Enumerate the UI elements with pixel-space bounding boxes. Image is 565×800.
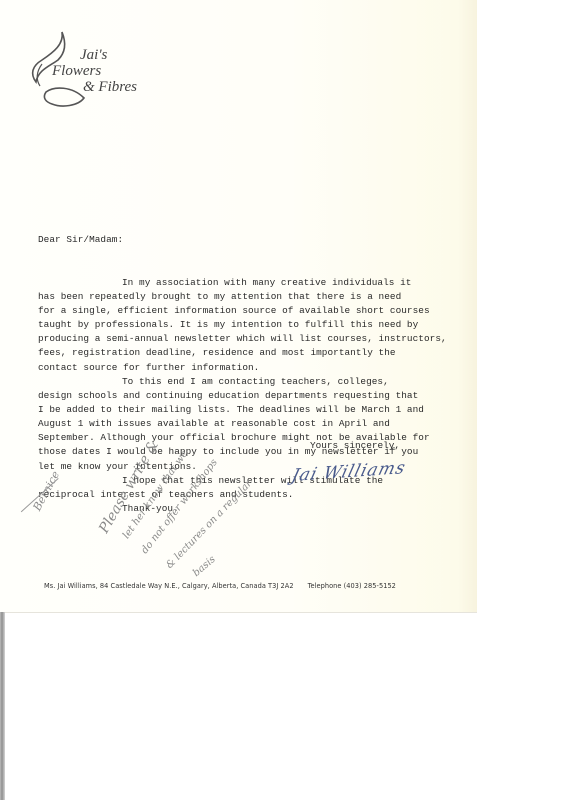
brand-name-line1: Jai's <box>80 48 107 63</box>
letter-line: for a single, efficient information sour… <box>38 304 478 318</box>
letter-line: reciprocal interest of teachers and stud… <box>38 488 478 502</box>
letter-line: producing a semi-annual newsletter which… <box>38 332 478 346</box>
brand-name-line2: Flowers <box>52 64 101 79</box>
letterhead-logo: Jai's Flowers & Fibres <box>28 30 158 110</box>
salutation: Dear Sir/Madam: <box>38 233 478 247</box>
letter-line: fees, registration deadline, residence a… <box>38 346 478 360</box>
letter-line: To this end I am contacting teachers, co… <box>38 375 478 389</box>
letter-line: taught by professionals. It is my intent… <box>38 318 478 332</box>
closing: Yours sincerely, <box>310 440 400 451</box>
letterhead-footer: Ms. Jai Williams, 84 Castledale Way N.E.… <box>44 582 396 590</box>
letter-line: I hope that this newsletter will stimula… <box>38 474 478 488</box>
letter-line: In my association with many creative ind… <box>38 276 478 290</box>
letter-line: September. Although your official brochu… <box>38 431 478 445</box>
letter-line: those dates I would be happy to include … <box>38 445 478 459</box>
letter-paragraphs: In my association with many creative ind… <box>38 276 478 516</box>
brand-name-line3: & Fibres <box>83 80 137 95</box>
letter-line: has been repeatedly brought to my attent… <box>38 290 478 304</box>
letter-line: let me know your intentions. <box>38 460 478 474</box>
page-edge-shadow <box>0 612 5 800</box>
letter-line: contact source for further information. <box>38 361 478 375</box>
letter-line: August 1 with issues available at reason… <box>38 417 478 431</box>
footer-phone: Telephone (403) 285-5152 <box>308 582 396 590</box>
letter-line: I be added to their mailing lists. The d… <box>38 403 478 417</box>
footer-address: Ms. Jai Williams, 84 Castledale Way N.E.… <box>44 582 294 590</box>
letter-body: Dear Sir/Madam: In my association with m… <box>38 205 478 530</box>
letter-line: design schools and continuing education … <box>38 389 478 403</box>
